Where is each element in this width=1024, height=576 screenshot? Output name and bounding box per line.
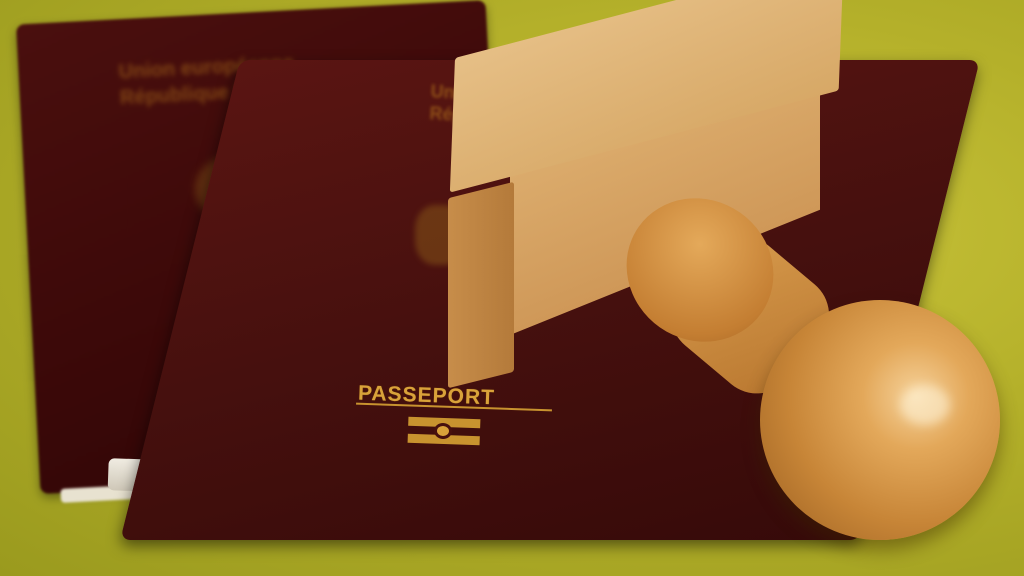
biometric-chip-icon <box>408 417 481 445</box>
stamp-block-end <box>448 182 514 388</box>
stamp-handle-knob <box>760 300 1000 540</box>
knob-highlight <box>900 385 950 425</box>
photo-scene: Union européenne République française Un… <box>0 0 1024 576</box>
